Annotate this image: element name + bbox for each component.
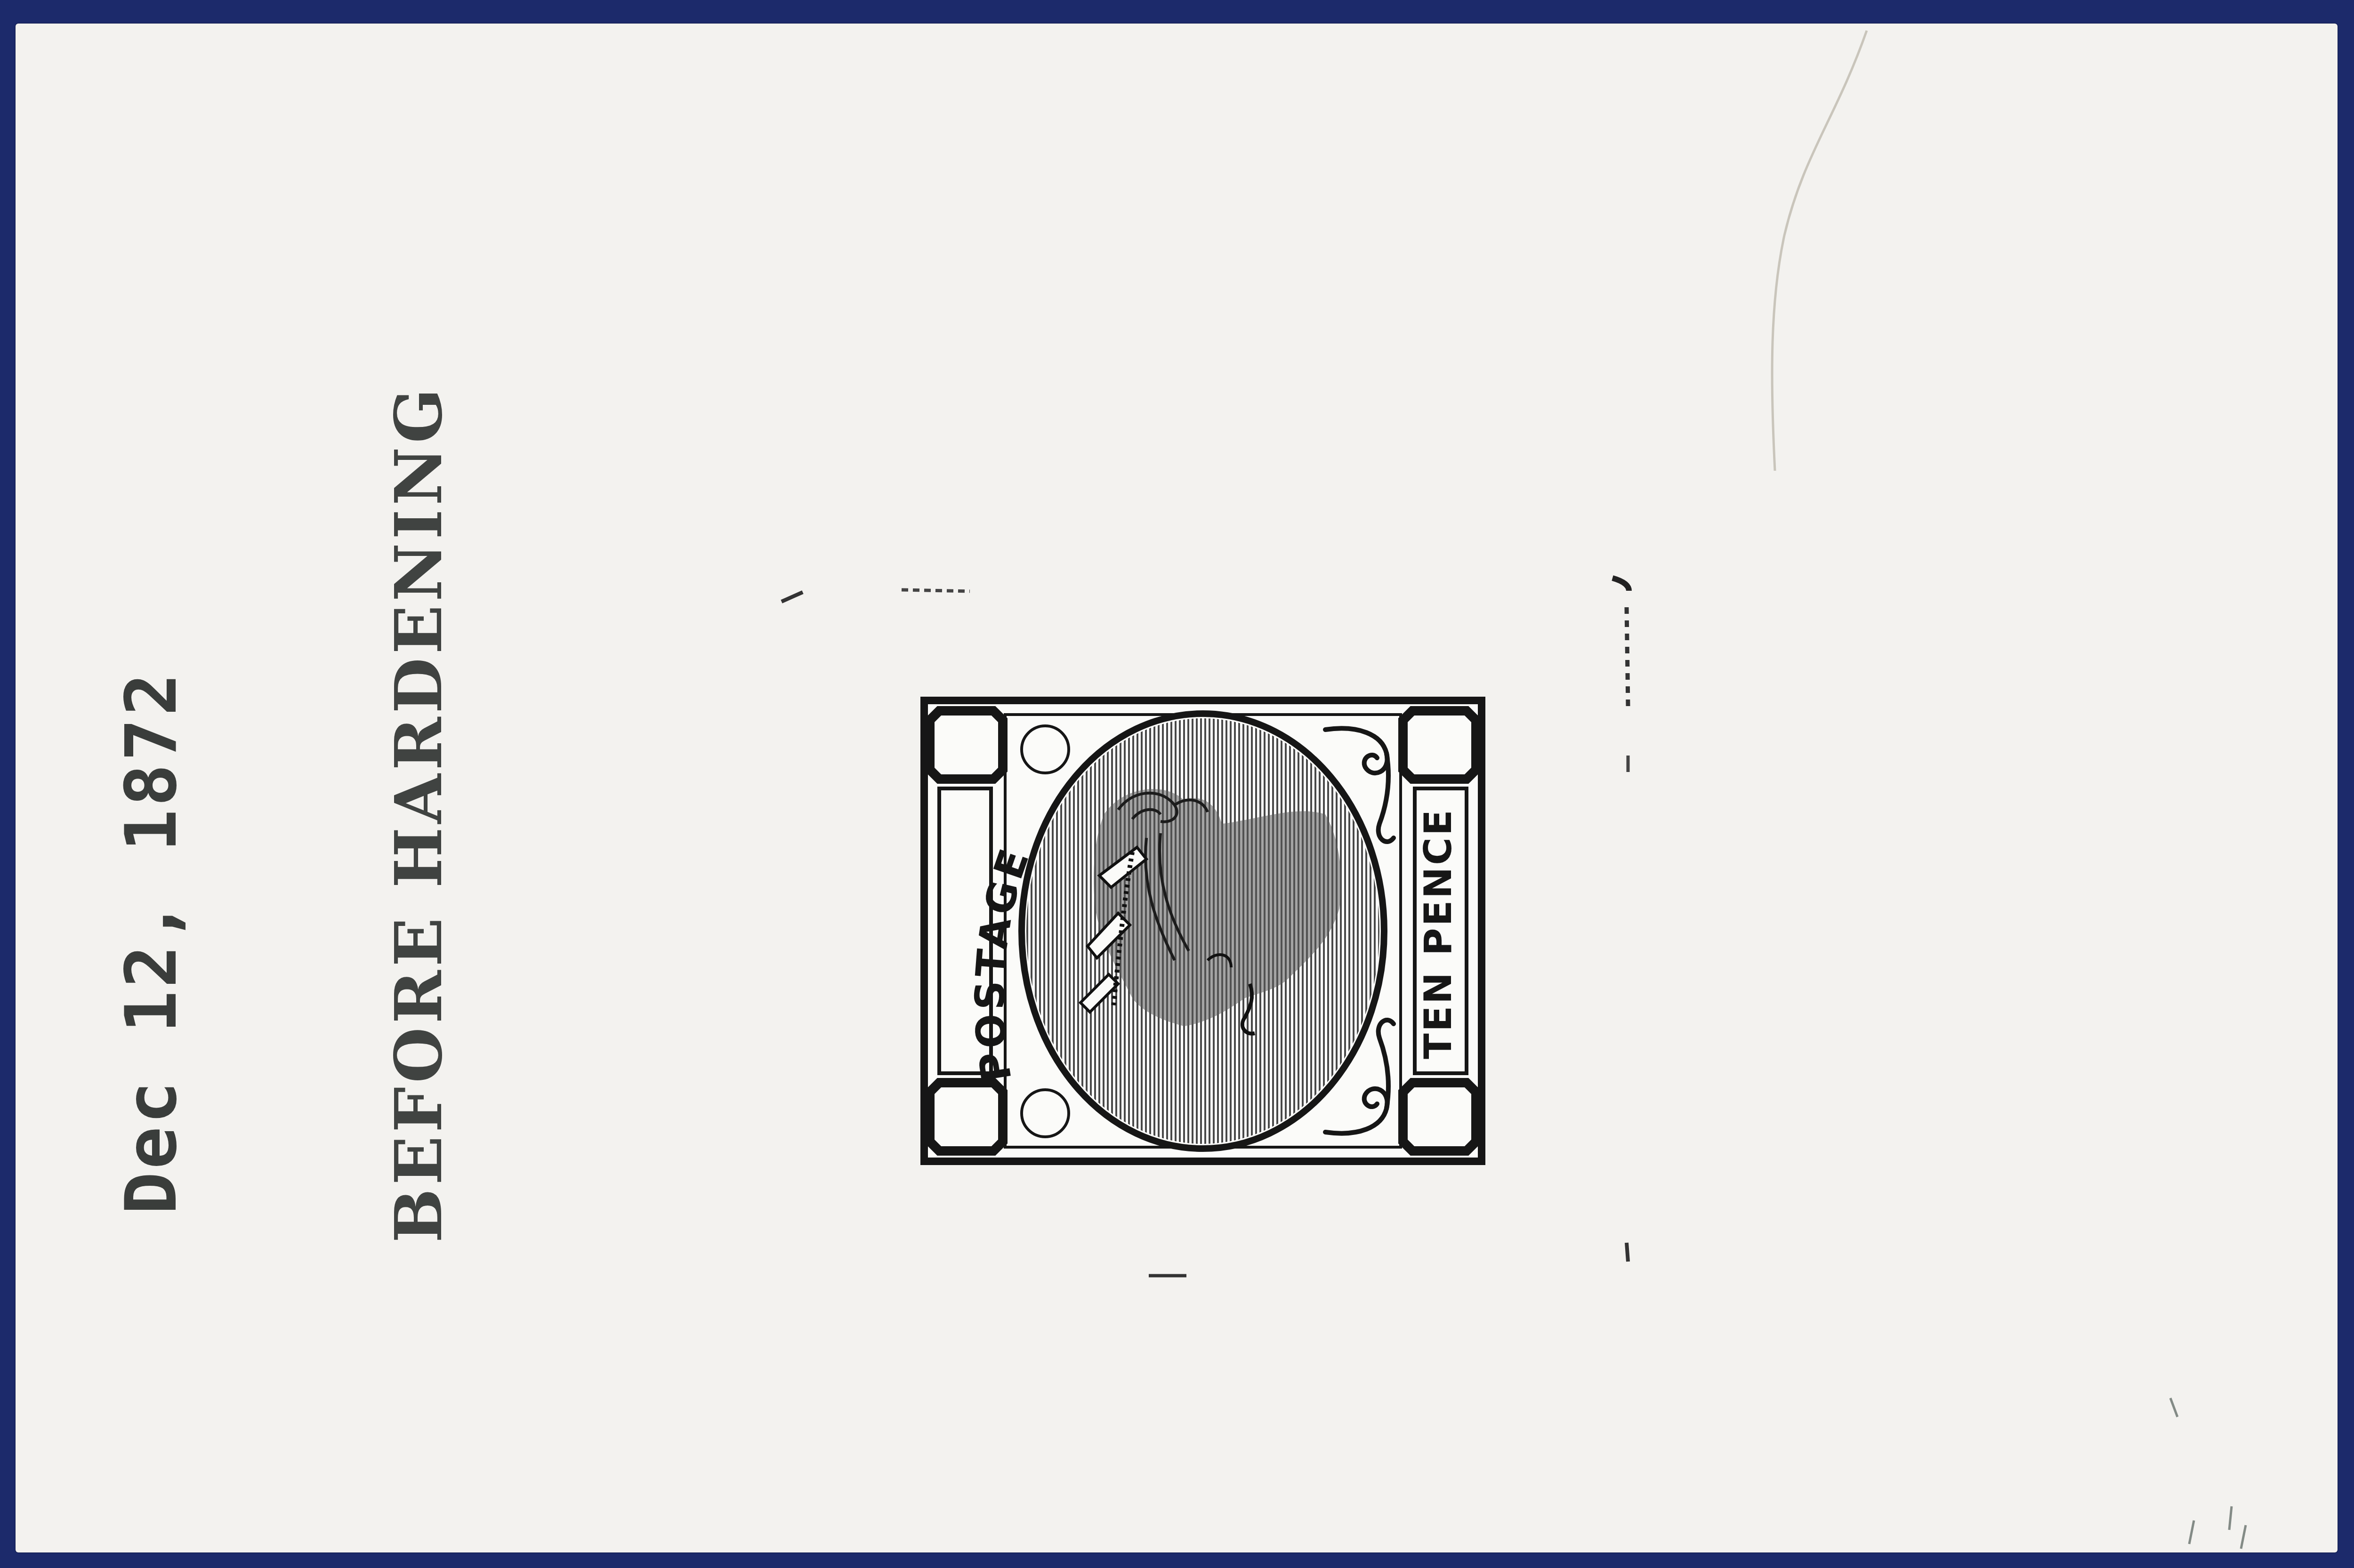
ten-pence-label: TEN PENCE (1416, 808, 1460, 1059)
stamp-die-impression: POSTAGE TEN PENCE (920, 697, 1485, 1165)
before-hardening-handstamp: BEFORE HARDENING (381, 385, 457, 1243)
date-handstamp: Dec 12, 1872 (111, 670, 193, 1214)
